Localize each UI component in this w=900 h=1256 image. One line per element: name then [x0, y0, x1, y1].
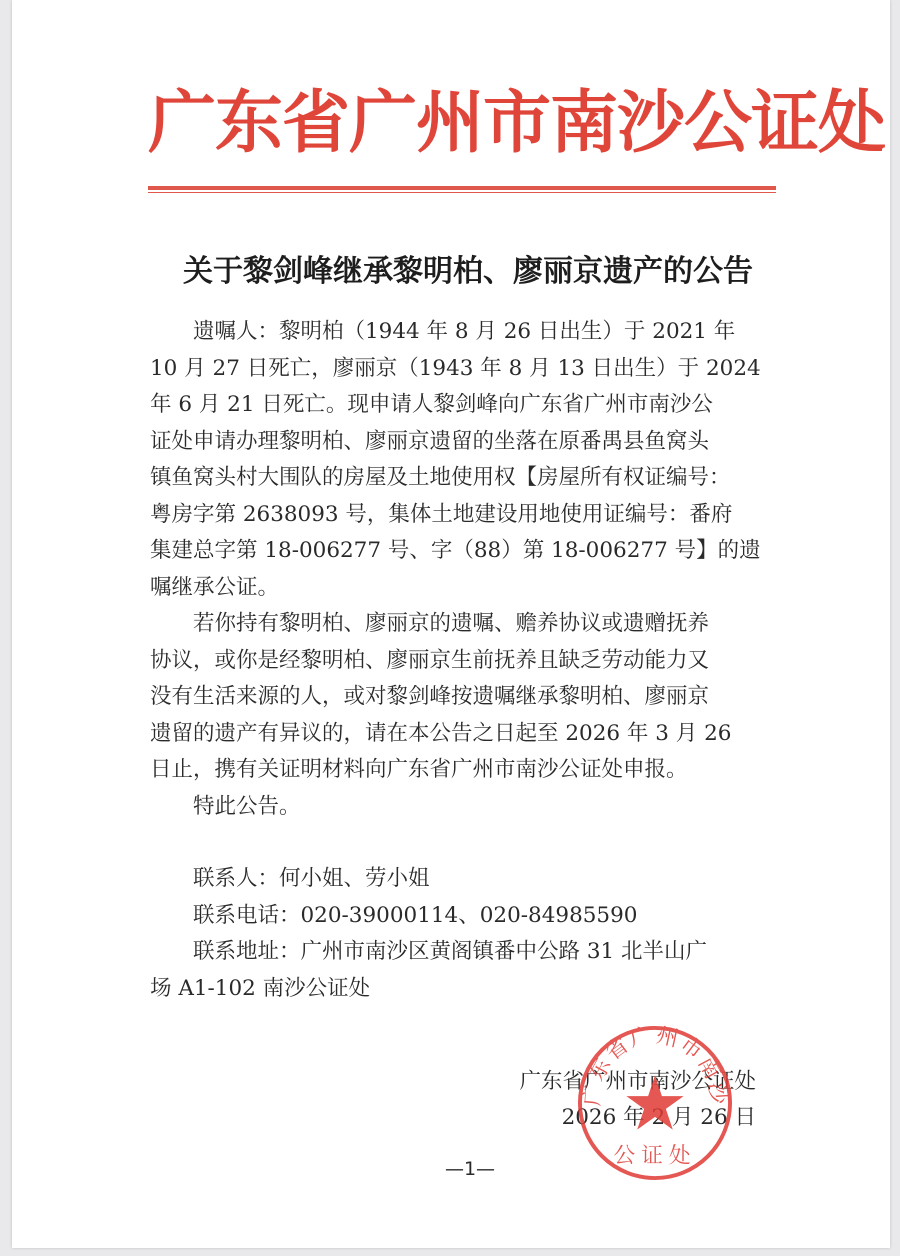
paragraph-line: 年 6 月 21 日死亡。现申请人黎剑峰向广东省广州市南沙公 [150, 387, 780, 424]
paragraph-line: 粤房字第 2638093 号，集体土地建设用地使用证编号：番府 [150, 497, 780, 534]
paragraph-line: 10 月 27 日死亡，廖丽京（1943 年 8 月 13 日出生）于 2024 [150, 351, 780, 388]
letterhead-rule-thin [148, 192, 776, 193]
paragraph-line: 遗留的遗产有异议的，请在本公告之日起至 2026 年 3 月 26 [150, 716, 780, 753]
spacer [150, 825, 780, 861]
letterhead-rule-thick [148, 186, 776, 190]
svg-text:公证处: 公证处 [614, 1143, 697, 1168]
paragraph-line: 嘱继承公证。 [150, 570, 780, 607]
closing-statement: 特此公告。 [150, 789, 780, 826]
signature-date: 2026 年 2 月 26 日 [519, 1100, 756, 1136]
document-page: 广东省广州市南沙公证处 关于黎剑峰继承黎明柏、廖丽京遗产的公告 遗嘱人：黎明柏（… [12, 0, 890, 1248]
contact-address-continued: 场 A1-102 南沙公证处 [150, 971, 780, 1008]
letterhead-title: 广东省广州市南沙公证处 [148, 78, 788, 168]
notice-title: 关于黎剑峰继承黎明柏、廖丽京遗产的公告 [148, 250, 788, 294]
paragraph-line: 遗嘱人：黎明柏（1944 年 8 月 26 日出生）于 2021 年 [150, 314, 780, 351]
paragraph-line: 集建总字第 18-006277 号、字（88）第 18-006277 号】的遗 [150, 533, 780, 570]
page-number: —1— [420, 1158, 520, 1180]
contact-phone: 联系电话：020-39000114、020-84985590 [150, 898, 780, 935]
signature-org: 广东省广州市南沙公证处 [519, 1064, 756, 1100]
paragraph-line: 若你持有黎明柏、廖丽京的遗嘱、赡养协议或遗赠抚养 [150, 606, 780, 643]
paragraph-line: 证处申请办理黎明柏、廖丽京遗留的坐落在原番禺县鱼窝头 [150, 424, 780, 461]
paragraph-line: 没有生活来源的人，或对黎剑峰按遗嘱继承黎明柏、廖丽京 [150, 679, 780, 716]
paragraph-line: 日止，携有关证明材料向广东省广州市南沙公证处申报。 [150, 752, 780, 789]
signature-block: 广东省广州市南沙公证处 2026 年 2 月 26 日 [519, 1064, 756, 1136]
paragraph-line: 协议，或你是经黎明柏、廖丽京生前抚养且缺乏劳动能力又 [150, 643, 780, 680]
notice-body: 遗嘱人：黎明柏（1944 年 8 月 26 日出生）于 2021 年 10 月 … [150, 314, 780, 1007]
paragraph-line: 镇鱼窝头村大围队的房屋及土地使用权【房屋所有权证编号： [150, 460, 780, 497]
contact-address: 联系地址：广州市南沙区黄阁镇番中公路 31 北半山广 [150, 934, 780, 971]
contact-person: 联系人：何小姐、劳小姐 [150, 861, 780, 898]
